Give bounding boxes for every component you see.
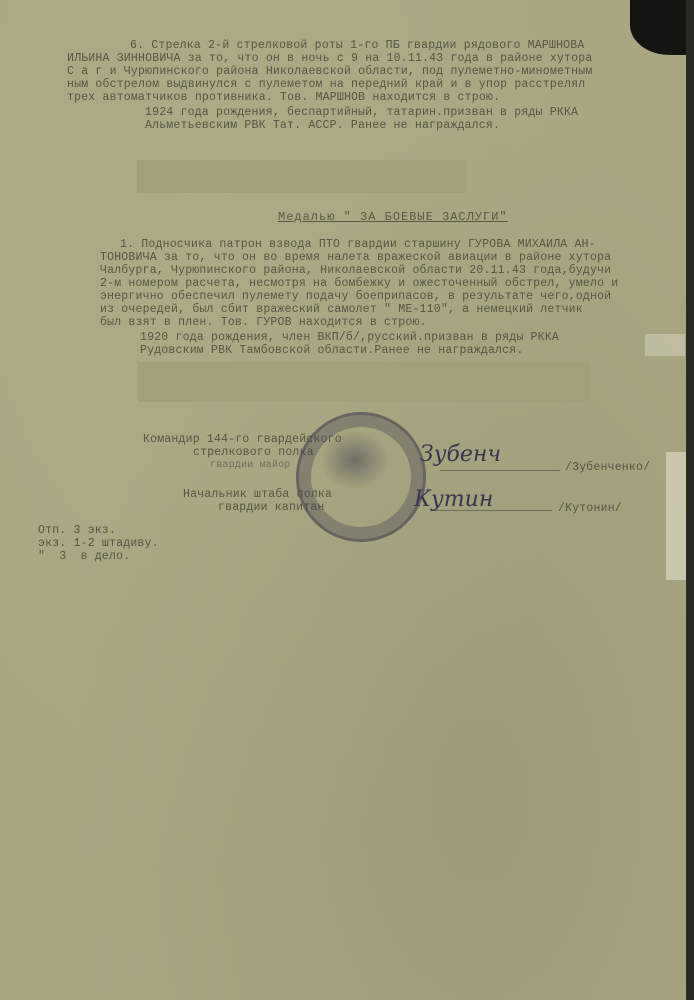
para1-line-7: был взят в плен. Тов. ГУРОВ находится в …: [100, 315, 427, 330]
medal-heading: Медалью " ЗА БОЕВЫЕ ЗАСЛУГИ": [278, 210, 508, 224]
redacted-block-2: [138, 362, 590, 402]
redacted-block-1: [137, 160, 467, 193]
para1-line-9: Рудовским РВК Тамбовской области.Ранее н…: [140, 343, 523, 358]
document-page: 6. Стрелка 2-й стрелковой роты 1-го ПБ г…: [0, 0, 686, 1000]
scan-edge: [686, 0, 694, 1000]
torn-corner: [630, 0, 694, 55]
distribution-line-3: " 3 в дело.: [38, 549, 130, 564]
commander-signature-line: [440, 470, 560, 471]
commander-title-3: гвардии майор: [210, 458, 291, 473]
chief-signature: Кутин: [414, 487, 493, 512]
tape-patch: [645, 334, 685, 356]
para6-line-5: трех автоматчиков противника. Тов. МАРШН…: [67, 90, 500, 105]
chief-name: /Кутонин/: [558, 501, 622, 516]
stamp-emblem: [320, 430, 390, 490]
commander-signature: Зубенч: [420, 442, 501, 467]
commander-name: /Зубенченко/: [565, 460, 650, 475]
para6-line-7: Альметьевским РВК Тат. АССР. Ранее не на…: [145, 118, 500, 133]
